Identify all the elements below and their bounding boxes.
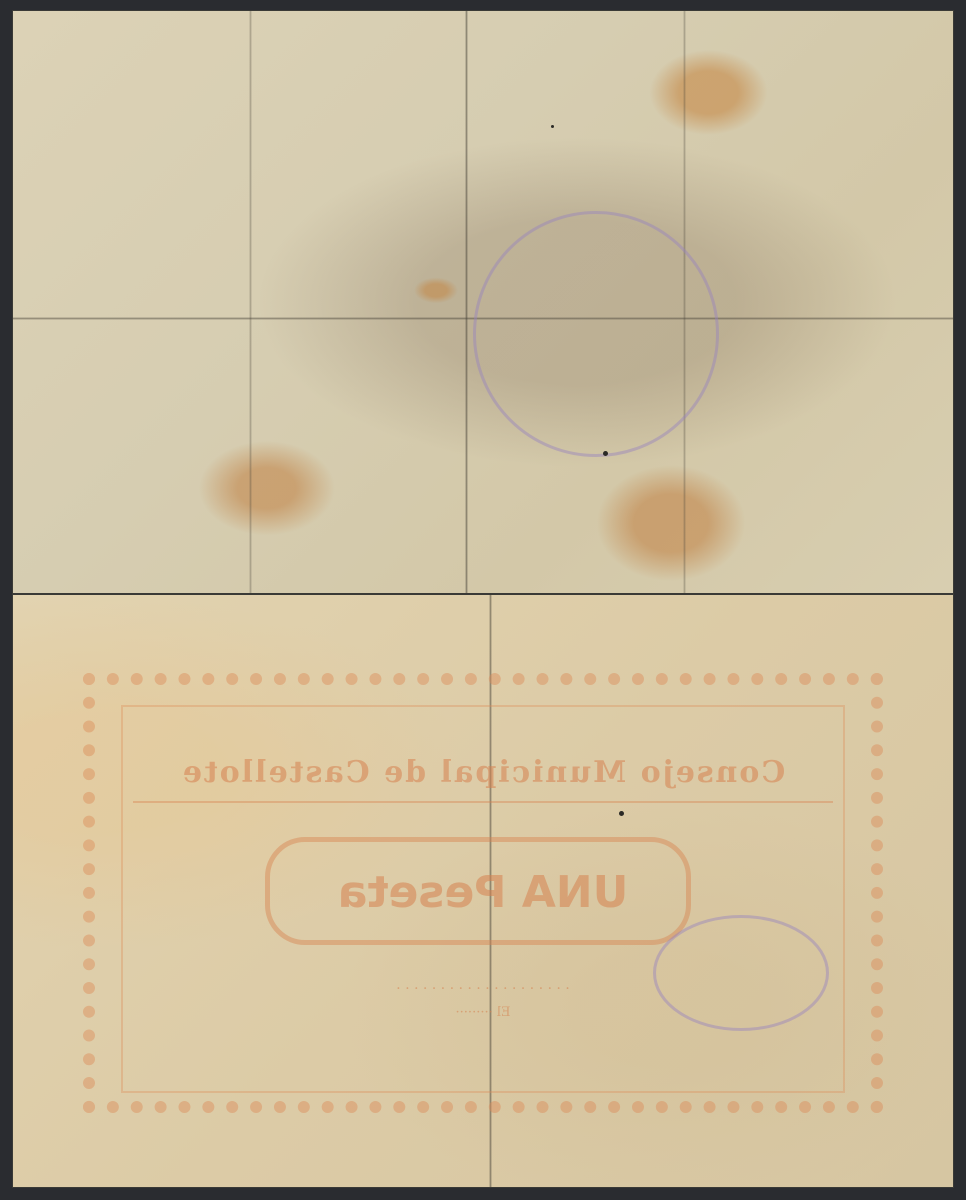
ink-spot xyxy=(603,451,608,456)
divider-rule xyxy=(133,801,833,803)
issuer-text: Consejo Municipal de Castellote xyxy=(13,755,953,790)
banknote-bottom-side: Consejo Municipal de Castellote UNA Pese… xyxy=(12,594,954,1188)
violet-stamp xyxy=(473,211,719,457)
ink-spot xyxy=(551,125,554,128)
fold-line xyxy=(465,11,468,593)
banknote-top-side xyxy=(12,10,954,594)
violet-stamp xyxy=(653,915,829,1031)
denomination-text: UNA Peseta xyxy=(13,867,953,918)
fold-line xyxy=(249,11,252,593)
ink-spot xyxy=(619,811,624,816)
